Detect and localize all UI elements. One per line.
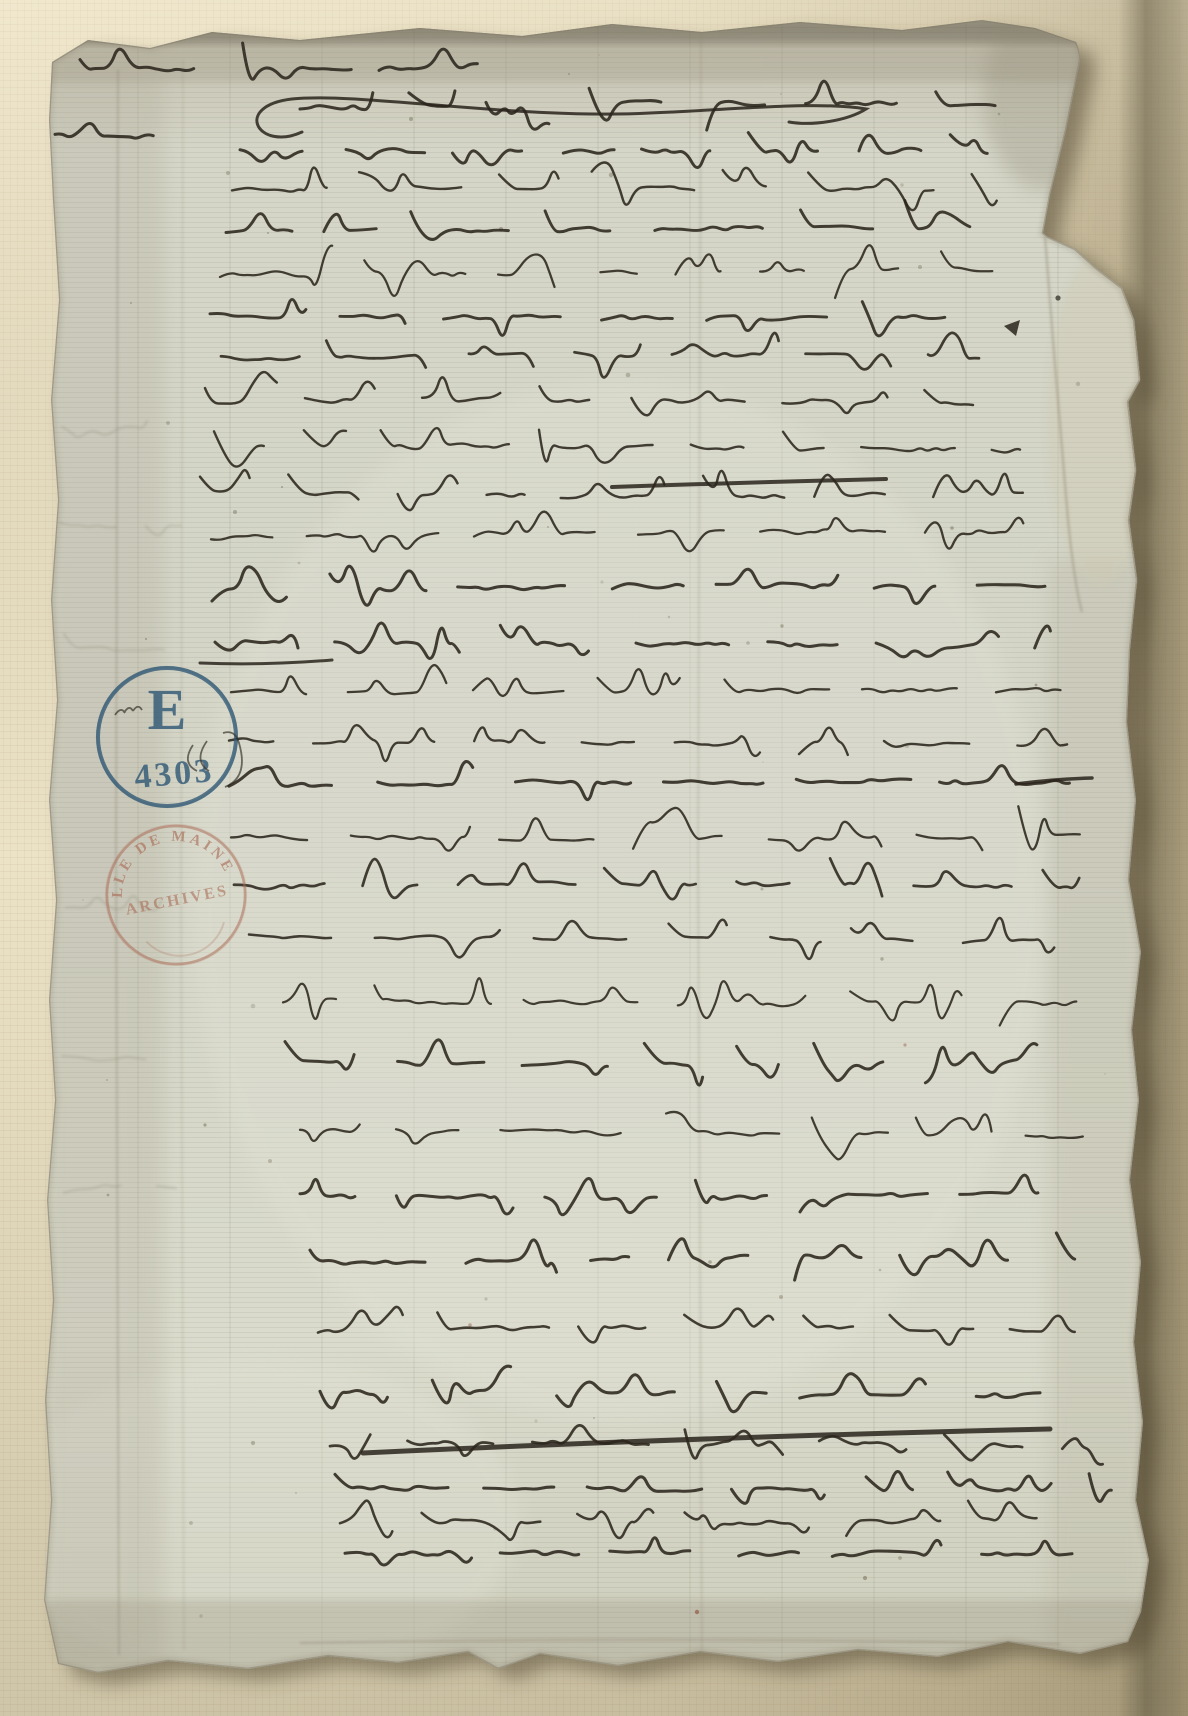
- speck: [130, 302, 132, 304]
- speck: [780, 93, 782, 95]
- speck: [863, 1576, 867, 1580]
- speck: [189, 1521, 193, 1525]
- speck: [251, 1441, 255, 1445]
- speck: [900, 183, 903, 186]
- speck: [880, 957, 883, 960]
- speck: [409, 117, 413, 121]
- speck: [106, 1079, 108, 1081]
- speck: [879, 1269, 882, 1272]
- speck: [166, 421, 170, 425]
- blue-stamp-number: 4303: [133, 752, 216, 796]
- speck: [598, 54, 599, 55]
- speck: [251, 1004, 256, 1009]
- speck: [295, 1492, 297, 1494]
- speck: [226, 171, 230, 175]
- speck: [107, 1194, 110, 1197]
- speck: [761, 888, 764, 891]
- speck: [547, 526, 549, 528]
- blue-stamp-series-letter: E: [148, 677, 187, 742]
- speck: [1035, 684, 1038, 687]
- speck: [233, 510, 237, 514]
- speck: [267, 232, 269, 234]
- speck: [1076, 382, 1080, 386]
- speck: [668, 616, 670, 618]
- speck: [762, 761, 764, 763]
- speck: [918, 265, 922, 269]
- speck: [898, 1556, 902, 1560]
- speck: [534, 1419, 537, 1422]
- manuscript-photo: E 4303 LLE DE MAINE ET ARCHIVES: [0, 0, 1188, 1716]
- speck: [708, 1260, 712, 1264]
- speck: [780, 624, 783, 627]
- speck: [626, 373, 631, 378]
- speck: [298, 562, 301, 565]
- speck: [203, 1123, 206, 1126]
- speck: [268, 1159, 272, 1163]
- speck: [484, 1297, 487, 1300]
- speck: [568, 73, 570, 75]
- speck: [998, 113, 1001, 116]
- manuscript-canvas: E 4303 LLE DE MAINE ET ARCHIVES: [0, 0, 1188, 1716]
- speck: [746, 641, 750, 645]
- speck: [593, 1417, 595, 1419]
- speck: [950, 526, 954, 530]
- speck: [145, 638, 147, 640]
- speck: [281, 486, 283, 488]
- speck: [600, 580, 603, 583]
- speck: [1104, 1073, 1105, 1074]
- speck: [199, 1614, 202, 1617]
- speck: [609, 173, 613, 177]
- speck: [779, 1295, 783, 1299]
- speck: [82, 899, 83, 900]
